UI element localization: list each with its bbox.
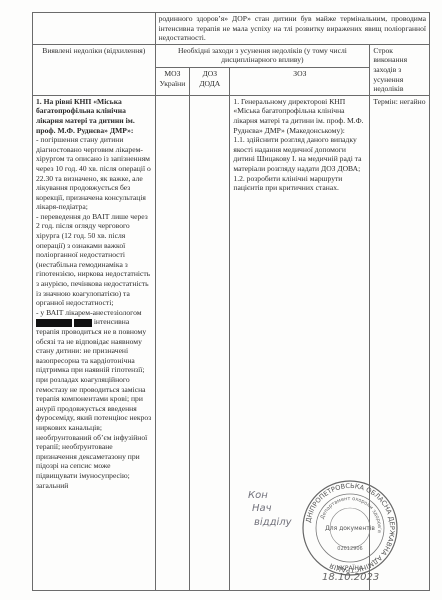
deficiency-part-3-post: інтенсивна терапія проводиться не в повн…	[36, 317, 151, 489]
redacted-name	[36, 319, 72, 327]
handwritten-date: 18.10.2023	[322, 572, 379, 583]
handwriting-line-3: відділу	[254, 517, 292, 528]
header-moz: МОЗ України	[155, 68, 190, 96]
stamp-code: 02012906	[337, 546, 362, 552]
document-page: родинного здоров’я» ДОР» стан дитини був…	[0, 0, 442, 600]
zoz-intro: 1. Генеральному директорові КНП «Міська …	[233, 97, 366, 135]
zoz-item-2: 1.2. розробити клінічні маршрути пацієнт…	[233, 174, 366, 193]
continuation-text: родинного здоров’я» ДОР» стан дитини був…	[155, 13, 429, 45]
stamp-bottom-text: УКРАЇНА	[337, 565, 364, 572]
deficiency-part-3-pre: - у ВАІТ лікарем-анестезіологом	[36, 308, 142, 317]
deficiency-part-3: - у ВАІТ лікарем-анестезіологом інтенсив…	[36, 308, 152, 490]
deficiency-cell: 1. На рівні КНП «Міська багатопрофільна …	[33, 95, 156, 590]
header-deficiencies: Виявлені недоліки (відхилення)	[33, 44, 156, 95]
header-zoz: ЗОЗ	[230, 68, 370, 96]
official-stamp-icon: ДНІПРОПЕТРОВСЬКА ОБЛАСНА ДЕРЖАВНА АДМІНІ…	[300, 478, 400, 578]
deficiency-part-2: - переведення до ВАІТ лише через 2 год. …	[36, 212, 152, 308]
header-doz: ДОЗ ДОДА	[190, 68, 230, 96]
empty-cell	[33, 13, 156, 45]
moz-cell	[155, 95, 190, 590]
handwriting-line-2: Нач	[252, 503, 272, 514]
handwriting-line-1: Кон	[248, 490, 268, 501]
redacted-name-2	[74, 319, 92, 327]
header-measures: Необхідні заходи з усунення недоліків (у…	[155, 44, 370, 67]
doz-cell	[190, 95, 230, 590]
deficiency-title: 1. На рівні КНП «Міська багатопрофільна …	[36, 97, 152, 135]
deficiency-part-1: - погіршення стану дитини діагностовано …	[36, 135, 152, 212]
stamp-center-text: Для документів	[325, 525, 375, 532]
header-deadline: Строк виконання заходів з усунення недол…	[370, 44, 430, 95]
zoz-item-1: 1.1. здійснити розгляд даного випадку як…	[233, 135, 366, 173]
